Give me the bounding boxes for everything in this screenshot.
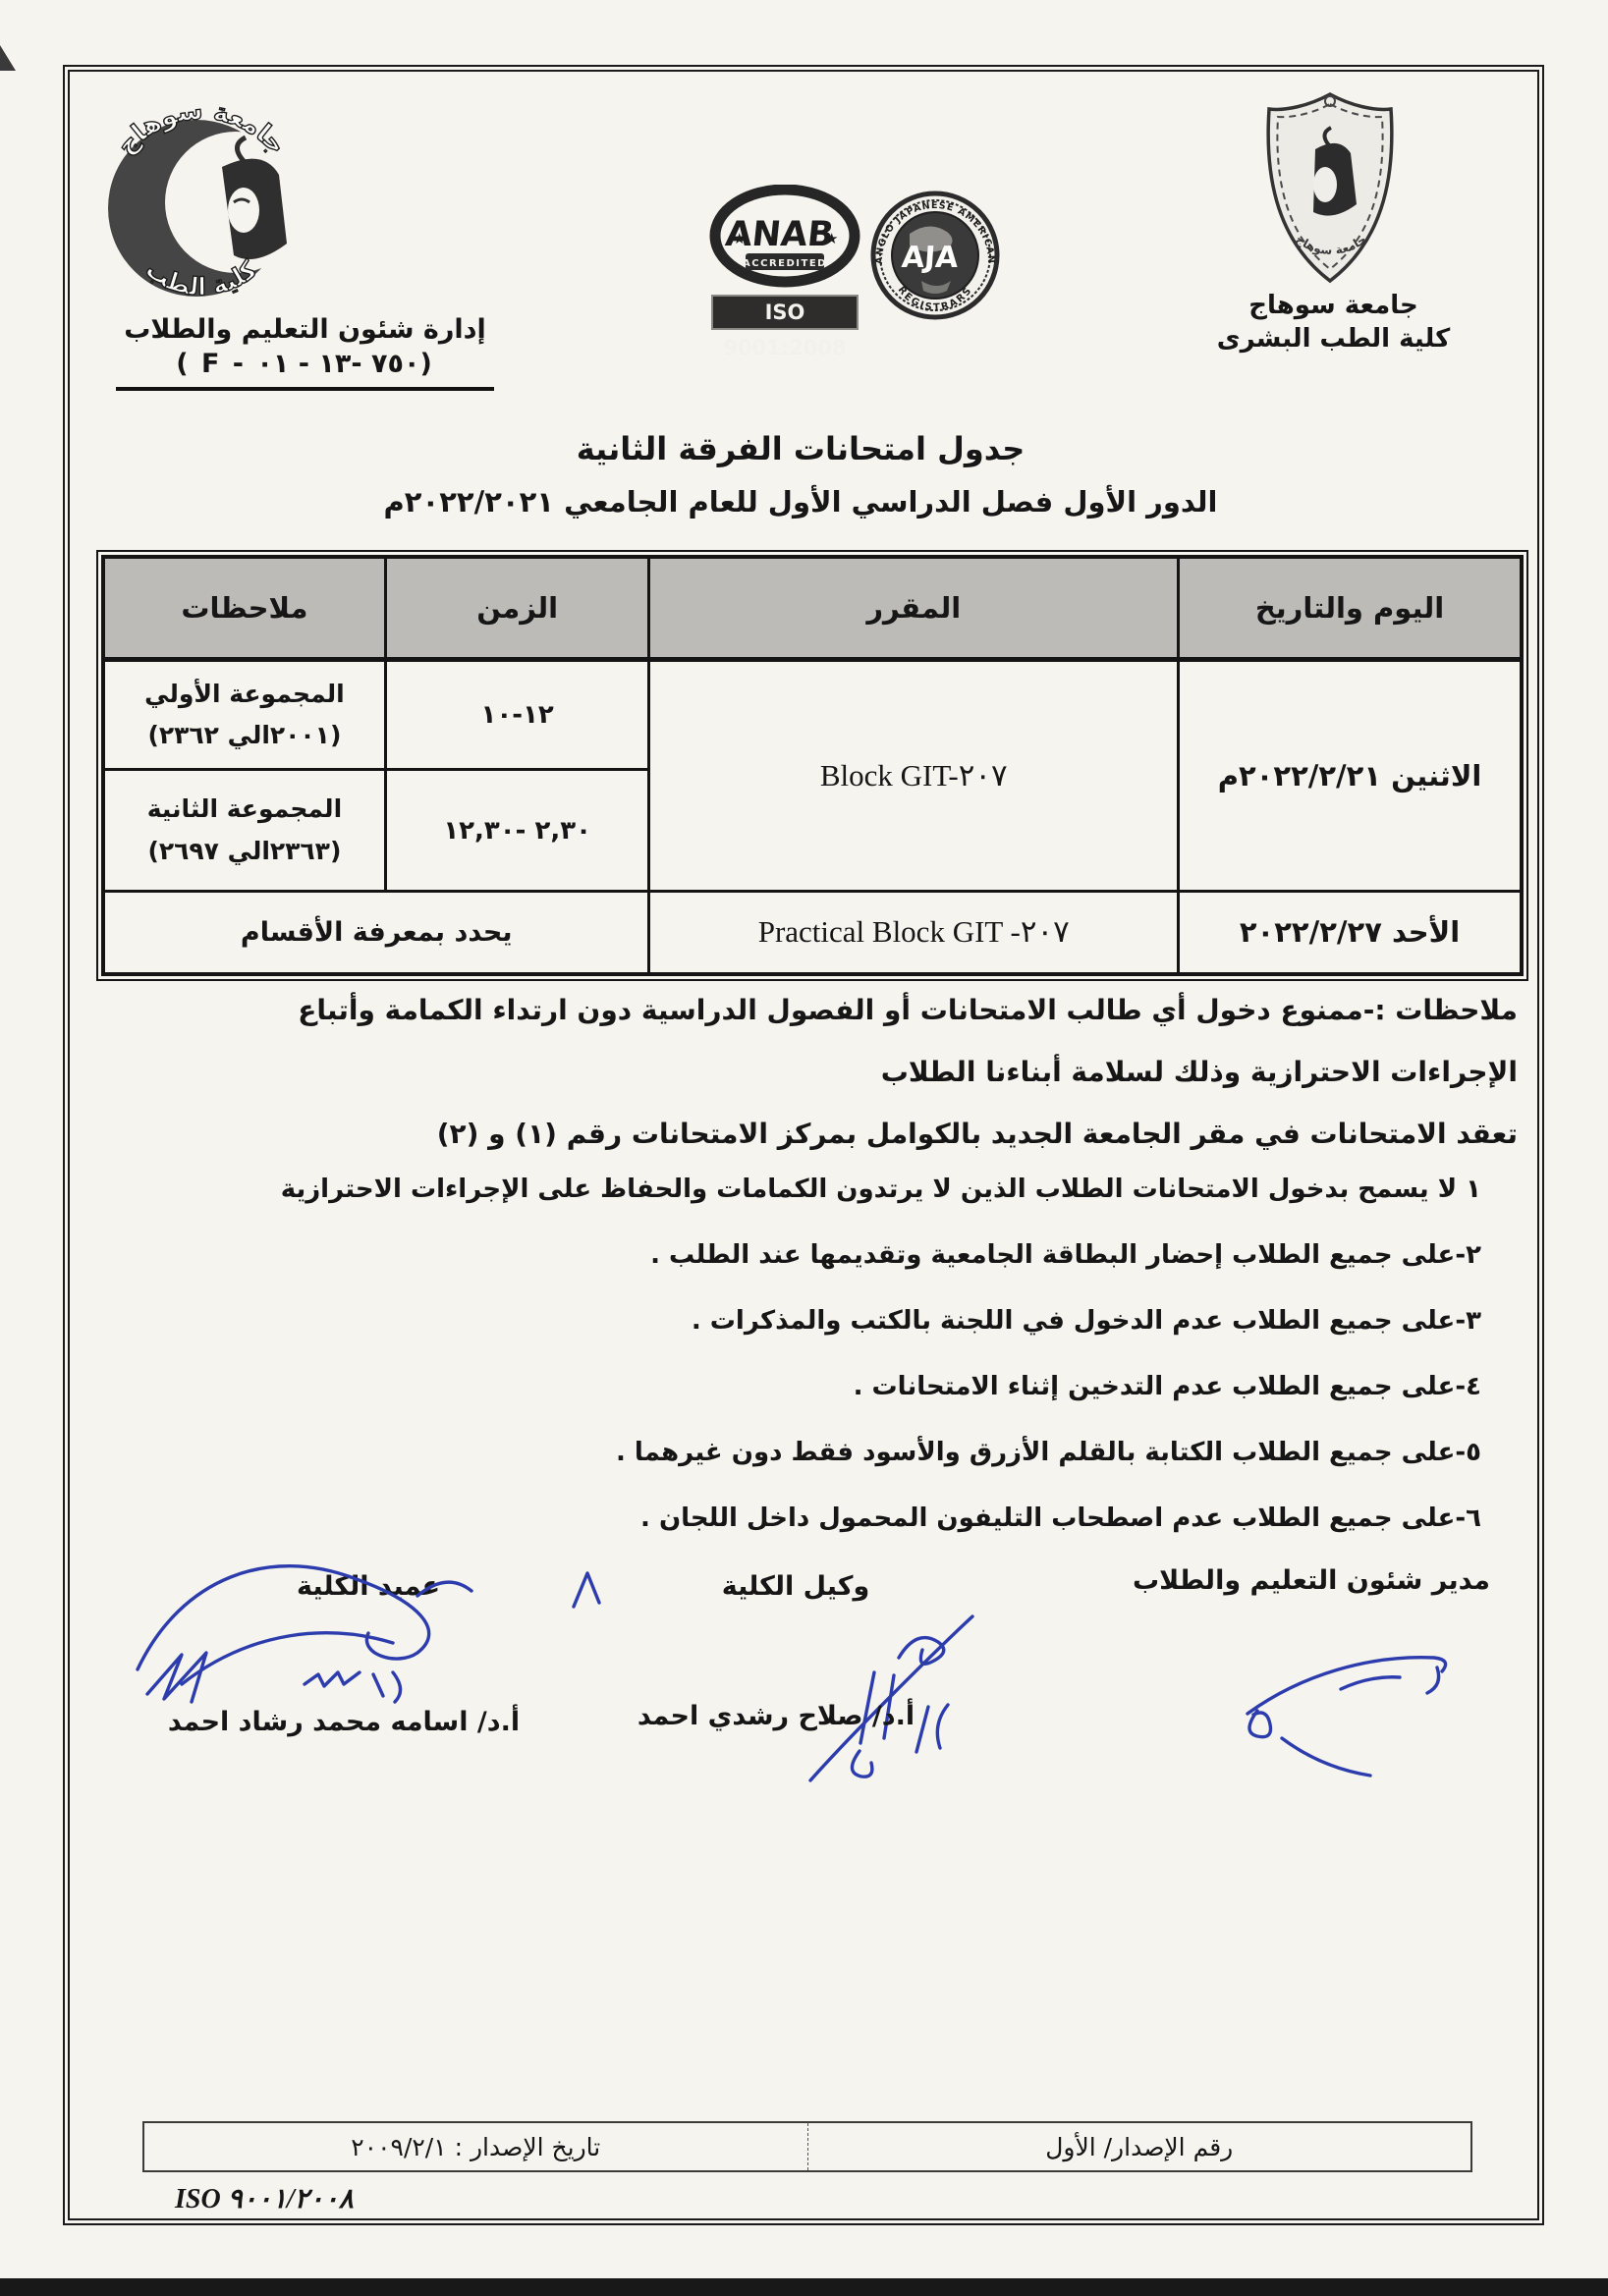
anab-star-left: ★ <box>733 230 746 247</box>
iso-9001-badge: ISO 9001:2008 <box>711 295 859 330</box>
notes-paragraph: ملاحظات :-ممنوع دخول أي طالب الامتحانات … <box>133 994 1518 1179</box>
anab-star-right: ★ <box>825 230 838 247</box>
column-header-day-date: اليوم والتاريخ <box>1179 557 1522 660</box>
stray-ink-mark <box>568 1567 607 1616</box>
rule-item-4: ٤-على جميع الطلاب عدم التدخين إثناء الام… <box>147 1372 1481 1401</box>
table-header-row: اليوم والتاريخ المقرر الزمن ملاحظات <box>103 557 1522 660</box>
column-header-notes: ملاحظات <box>103 557 385 660</box>
rule-item-3: ٣-على جميع الطلاب عدم الدخول في اللجنة ب… <box>147 1306 1481 1336</box>
vice-dean-name: أ.د/ صلاح رشدي احمد <box>589 1701 963 1731</box>
department-underline <box>116 387 494 391</box>
cell-day-monday: الاثنين ٢٠٢٢/٢/٢١م <box>1179 660 1522 892</box>
notes-line-3: تعقد الامتحانات في مقر الجامعة الجديد با… <box>133 1118 1518 1150</box>
department-block: إدارة شئون التعليم والطلاب ( F - ٧٥٠ -١٣… <box>116 314 494 391</box>
scanned-exam-schedule-document: جامعة سوهاج كلية الطب إدارة شئون التعليم… <box>0 0 1608 2296</box>
rule-item-2: ٢-على جميع الطلاب إحضار البطاقة الجامعية… <box>147 1240 1481 1270</box>
faculty-crescent-logo: جامعة سوهاج كلية الطب <box>96 81 306 320</box>
footer-iso-line: ISO ٩٠٠١/٢٠٠٨ <box>175 2182 470 2215</box>
cell-course-block-git: Block GIT-٢٠٧ <box>649 660 1179 892</box>
department-name: إدارة شئون التعليم والطلاب <box>116 314 494 345</box>
group1-label: المجموعة الأولي <box>111 674 378 716</box>
table-row: الأحد ٢٠٢٢/٢/٢٧ Practical Block GIT -٢٠٧… <box>103 892 1522 974</box>
scan-corner-artifact <box>0 45 16 71</box>
shield-logo-icon: جامعة سوهاج <box>1260 88 1400 287</box>
rule-item-5: ٥-على جميع الطلاب الكتابة بالقلم الأزرق … <box>147 1438 1481 1467</box>
cell-time-group2: ٢,٣٠ -١٢,٣٠ <box>385 770 649 892</box>
document-title: جدول امتحانات الفرقة الثانية <box>295 430 1306 467</box>
cell-note-group2: المجموعة الثانية (٢٣٦٣الي ٢٦٩٧) <box>103 770 385 892</box>
department-form-code: ( F - ٧٥٠ -١٣ - ٠١) <box>116 349 494 379</box>
table-row: الاثنين ٢٠٢٢/٢/٢١م Block GIT-٢٠٧ ١٢-١٠ ا… <box>103 660 1522 770</box>
time-text: ٢,٣٠ -١٢,٣٠ <box>443 816 591 846</box>
course-text: Block GIT-٢٠٧ <box>820 758 1008 793</box>
aja-registrars-seal: AJA ANGLO JAPANESE AMERICAN REGISTRARS <box>870 183 1000 328</box>
column-header-time: الزمن <box>385 557 649 660</box>
shield-pharaoh-face <box>1313 167 1337 202</box>
anab-accreditation-logo: ANAB ★ ★ ACCREDITED <box>709 185 860 291</box>
document-subtitle: الدور الأول فصل الدراسي الأول للعام الجا… <box>236 485 1365 519</box>
cell-time-group1: ١٢-١٠ <box>385 660 649 770</box>
footer-revision-box: رقم الإصدار/ الأول تاريخ الإصدار : ٢٠٠٩/… <box>142 2121 1472 2172</box>
column-header-course: المقرر <box>649 557 1179 660</box>
vice-dean-signature <box>781 1589 1007 1799</box>
exam-schedule-table: اليوم والتاريخ المقرر الزمن ملاحظات الاث… <box>101 555 1524 976</box>
anab-logo-icon: ANAB ★ ★ ACCREDITED <box>709 185 860 291</box>
course-text: Practical Block GIT -٢٠٧ <box>758 914 1070 949</box>
cell-course-practical: Practical Block GIT -٢٠٧ <box>649 892 1179 974</box>
cell-day-sunday: الأحد ٢٠٢٢/٢/٢٧ <box>1179 892 1522 974</box>
dean-name: أ.د/ اسامه محمد رشاد احمد <box>113 1707 575 1737</box>
university-name: جامعة سوهاج <box>1213 291 1454 320</box>
crescent-logo-icon: جامعة سوهاج كلية الطب <box>96 81 306 320</box>
rule-item-6: ٦-على جميع الطلاب عدم اصطحاب التليفون ال… <box>147 1503 1481 1533</box>
cell-practical-note: يحدد بمعرفة الأقسام <box>103 892 649 974</box>
exam-schedule-table-wrapper: اليوم والتاريخ المقرر الزمن ملاحظات الاث… <box>96 550 1528 981</box>
aja-seal-icon: AJA ANGLO JAPANESE AMERICAN REGISTRARS <box>870 183 1000 328</box>
pharaoh-face <box>228 188 259 233</box>
faculty-name: كلية الطب البشرى <box>1213 324 1454 354</box>
notes-line-2: الإجراءات الاحترازية وذلك لسلامة أبناءنا… <box>133 1056 1518 1088</box>
cell-note-group1: المجموعة الأولي (٢٠٠١الي ٢٣٦٢) <box>103 660 385 770</box>
director-title: مدير شئون التعليم والطلاب <box>1130 1565 1493 1596</box>
notes-line-1: ملاحظات :-ممنوع دخول أي طالب الامتحانات … <box>133 994 1518 1026</box>
rule-item-1: ١ لا يسمح بدخول الامتحانات الطلاب الذين … <box>147 1175 1481 1204</box>
aja-wordmark: AJA <box>901 241 961 275</box>
director-signature <box>1223 1620 1469 1791</box>
footer-issue-date: تاريخ الإصدار : ٢٠٠٩/٢/١ <box>144 2123 807 2170</box>
group2-range: (٢٣٦٣الي ٢٦٩٧) <box>111 831 378 873</box>
university-caption-block: جامعة سوهاج كلية الطب البشرى <box>1213 291 1454 354</box>
scan-bottom-edge-artifact <box>0 2278 1608 2296</box>
anab-accredited-text: ACCREDITED <box>743 258 827 269</box>
time-text: ١٢-١٠ <box>481 700 554 730</box>
exam-rules-list: ١ لا يسمح بدخول الامتحانات الطلاب الذين … <box>147 1175 1481 1569</box>
university-shield-logo: جامعة سوهاج <box>1260 88 1400 287</box>
footer-issue-number: رقم الإصدار/ الأول <box>807 2123 1471 2170</box>
group1-range: (٢٠٠١الي ٢٣٦٢) <box>111 715 378 757</box>
group2-label: المجموعة الثانية <box>111 789 378 831</box>
